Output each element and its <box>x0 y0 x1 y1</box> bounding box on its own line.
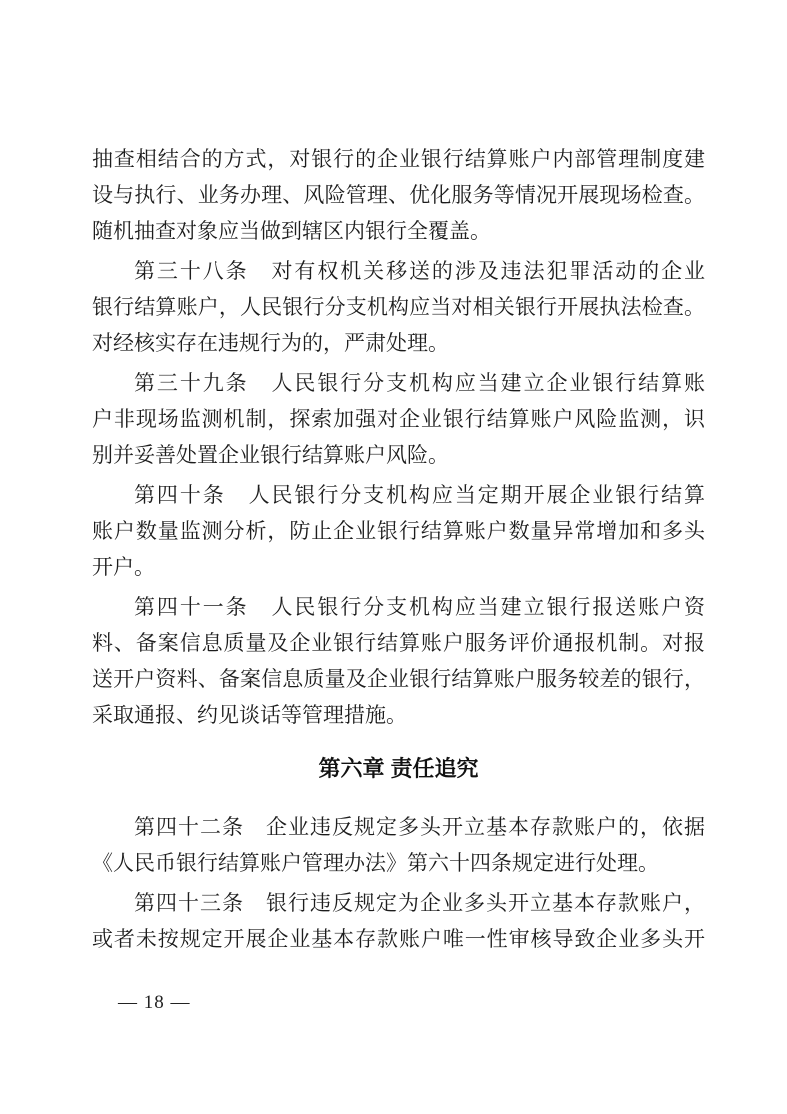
chapter-heading: 第六章 责任追究 <box>92 751 705 787</box>
text-line: 第四十一条 人民银行分支机构应当建立银行报送账户资 <box>92 589 705 625</box>
text-line: 第四十三条 银行违反规定为企业多头开立基本存款账户， <box>92 885 705 921</box>
text-line: 《人民币银行结算账户管理办法》第六十四条规定进行处理。 <box>92 845 705 881</box>
document-content: 抽查相结合的方式，对银行的企业银行结算账户内部管理制度建设与执行、业务办理、风险… <box>92 141 705 957</box>
text-line: 户非现场监测机制，探索加强对企业银行结算账户风险监测，识 <box>92 401 705 437</box>
paragraph: 第四十条 人民银行分支机构应当定期开展企业银行结算账户数量监测分析，防止企业银行… <box>92 477 705 585</box>
page-footer: — 18 — <box>118 992 191 1014</box>
text-line: 第三十八条 对有权机关移送的涉及违法犯罪活动的企业 <box>92 253 705 289</box>
paragraph: 抽查相结合的方式，对银行的企业银行结算账户内部管理制度建设与执行、业务办理、风险… <box>92 141 705 249</box>
text-line: 对经核实存在违规行为的，严肃处理。 <box>92 325 705 361</box>
document-page: 抽查相结合的方式，对银行的企业银行结算账户内部管理制度建设与执行、业务办理、风险… <box>0 0 787 1114</box>
text-line: 送开户资料、备案信息质量及企业银行结算账户服务较差的银行， <box>92 661 705 697</box>
text-line: 第四十条 人民银行分支机构应当定期开展企业银行结算 <box>92 477 705 513</box>
paragraph: 第四十二条 企业违反规定多头开立基本存款账户的，依据《人民币银行结算账户管理办法… <box>92 809 705 881</box>
text-line: 设与执行、业务办理、风险管理、优化服务等情况开展现场检查。 <box>92 177 705 213</box>
paragraph: 第三十九条 人民银行分支机构应当建立企业银行结算账户非现场监测机制，探索加强对企… <box>92 365 705 473</box>
text-line: 料、备案信息质量及企业银行结算账户服务评价通报机制。对报 <box>92 625 705 661</box>
text-line: 别并妥善处置企业银行结算账户风险。 <box>92 437 705 473</box>
paragraph: 第三十八条 对有权机关移送的涉及违法犯罪活动的企业银行结算账户，人民银行分支机构… <box>92 253 705 361</box>
text-line: 第四十二条 企业违反规定多头开立基本存款账户的，依据 <box>92 809 705 845</box>
text-line: 随机抽查对象应当做到辖区内银行全覆盖。 <box>92 213 705 249</box>
text-line: 抽查相结合的方式，对银行的企业银行结算账户内部管理制度建 <box>92 141 705 177</box>
paragraph: 第四十一条 人民银行分支机构应当建立银行报送账户资料、备案信息质量及企业银行结算… <box>92 589 705 733</box>
text-line: 银行结算账户，人民银行分支机构应当对相关银行开展执法检查。 <box>92 289 705 325</box>
text-line: 或者未按规定开展企业基本存款账户唯一性审核导致企业多头开 <box>92 921 705 957</box>
text-line: 采取通报、约见谈话等管理措施。 <box>92 697 705 733</box>
text-line: 第三十九条 人民银行分支机构应当建立企业银行结算账 <box>92 365 705 401</box>
text-line: 开户。 <box>92 549 705 585</box>
text-line: 账户数量监测分析，防止企业银行结算账户数量异常增加和多头 <box>92 513 705 549</box>
page-number: — 18 — <box>118 992 191 1013</box>
paragraph: 第四十三条 银行违反规定为企业多头开立基本存款账户，或者未按规定开展企业基本存款… <box>92 885 705 957</box>
